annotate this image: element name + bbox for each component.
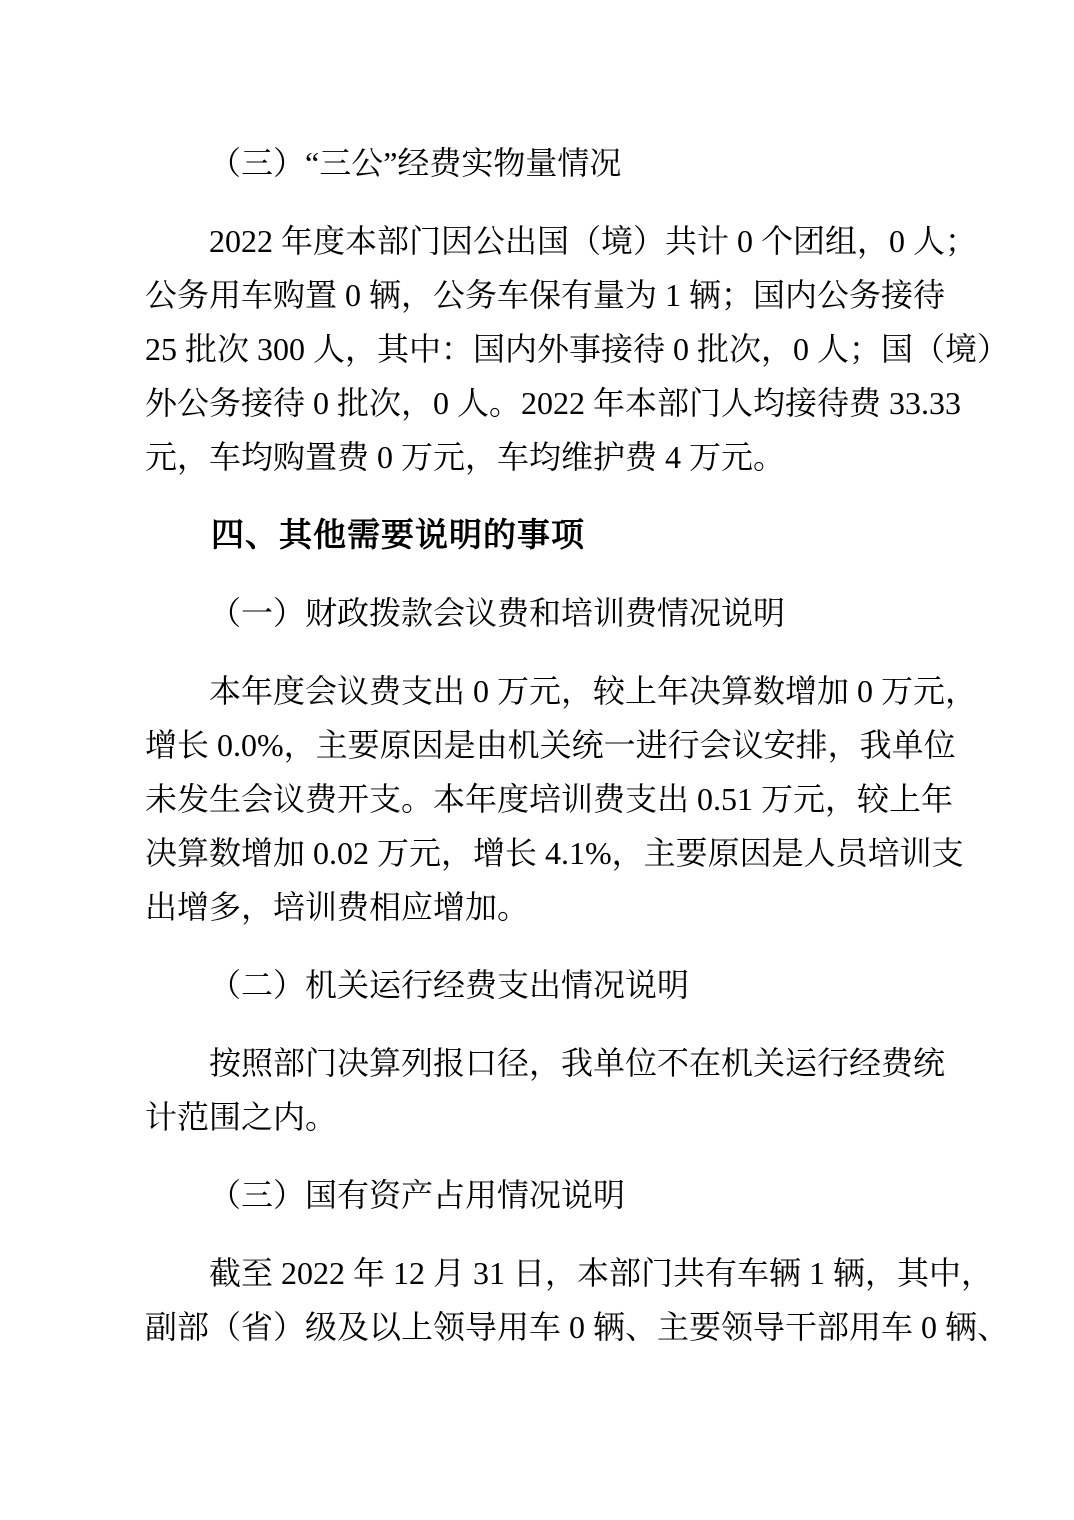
paragraph-operating-funds: 按照部门决算列报口径，我单位不在机关运行经费统 计范围之内。: [145, 1036, 945, 1144]
paragraph-line: 出增多，培训费相应增加。: [145, 880, 945, 934]
section-heading-sangong-physical: （三）“三公”经费实物量情况: [145, 136, 945, 190]
paragraph-line: 外公务接待 0 批次，0 人。2022 年本部门人均接待费 33.33: [145, 376, 945, 430]
subsection-heading-operating-funds: （二）机关运行经费支出情况说明: [145, 958, 945, 1012]
paragraph-line: 公务用车购置 0 辆，公务车保有量为 1 辆；国内公务接待: [145, 268, 945, 322]
paragraph-line: 2022 年度本部门因公出国（境）共计 0 个团组，0 人；: [145, 214, 945, 268]
paragraph-line: 元，车均购置费 0 万元，车均维护费 4 万元。: [145, 430, 945, 484]
document-page: （三）“三公”经费实物量情况 2022 年度本部门因公出国（境）共计 0 个团组…: [0, 0, 1074, 1520]
paragraph-line: 增长 0.0%，主要原因是由机关统一进行会议安排，我单位: [145, 718, 945, 772]
paragraph-line: 25 批次 300 人，其中：国内外事接待 0 批次，0 人；国（境）: [145, 322, 945, 376]
paragraph-meeting-training: 本年度会议费支出 0 万元，较上年决算数增加 0 万元， 增长 0.0%，主要原…: [145, 664, 945, 934]
paragraph-line: 计范围之内。: [145, 1090, 945, 1144]
paragraph-line: 副部（省）级及以上领导用车 0 辆、主要领导干部用车 0 辆、: [145, 1300, 945, 1354]
paragraph-line: 截至 2022 年 12 月 31 日，本部门共有车辆 1 辆，其中，: [145, 1246, 945, 1300]
subsection-heading-state-assets: （三）国有资产占用情况说明: [145, 1168, 945, 1222]
paragraph-line: 决算数增加 0.02 万元，增长 4.1%，主要原因是人员培训支: [145, 826, 945, 880]
paragraph-line: 本年度会议费支出 0 万元，较上年决算数增加 0 万元，: [145, 664, 945, 718]
paragraph-line: 按照部门决算列报口径，我单位不在机关运行经费统: [145, 1036, 945, 1090]
paragraph-line: 未发生会议费开支。本年度培训费支出 0.51 万元，较上年: [145, 772, 945, 826]
section-heading-other-items: 四、其他需要说明的事项: [145, 508, 945, 562]
document-body: （三）“三公”经费实物量情况 2022 年度本部门因公出国（境）共计 0 个团组…: [145, 136, 945, 1378]
paragraph-state-assets: 截至 2022 年 12 月 31 日，本部门共有车辆 1 辆，其中， 副部（省…: [145, 1246, 945, 1354]
subsection-heading-meeting-training: （一）财政拨款会议费和培训费情况说明: [145, 586, 945, 640]
paragraph-sangong: 2022 年度本部门因公出国（境）共计 0 个团组，0 人； 公务用车购置 0 …: [145, 214, 945, 484]
